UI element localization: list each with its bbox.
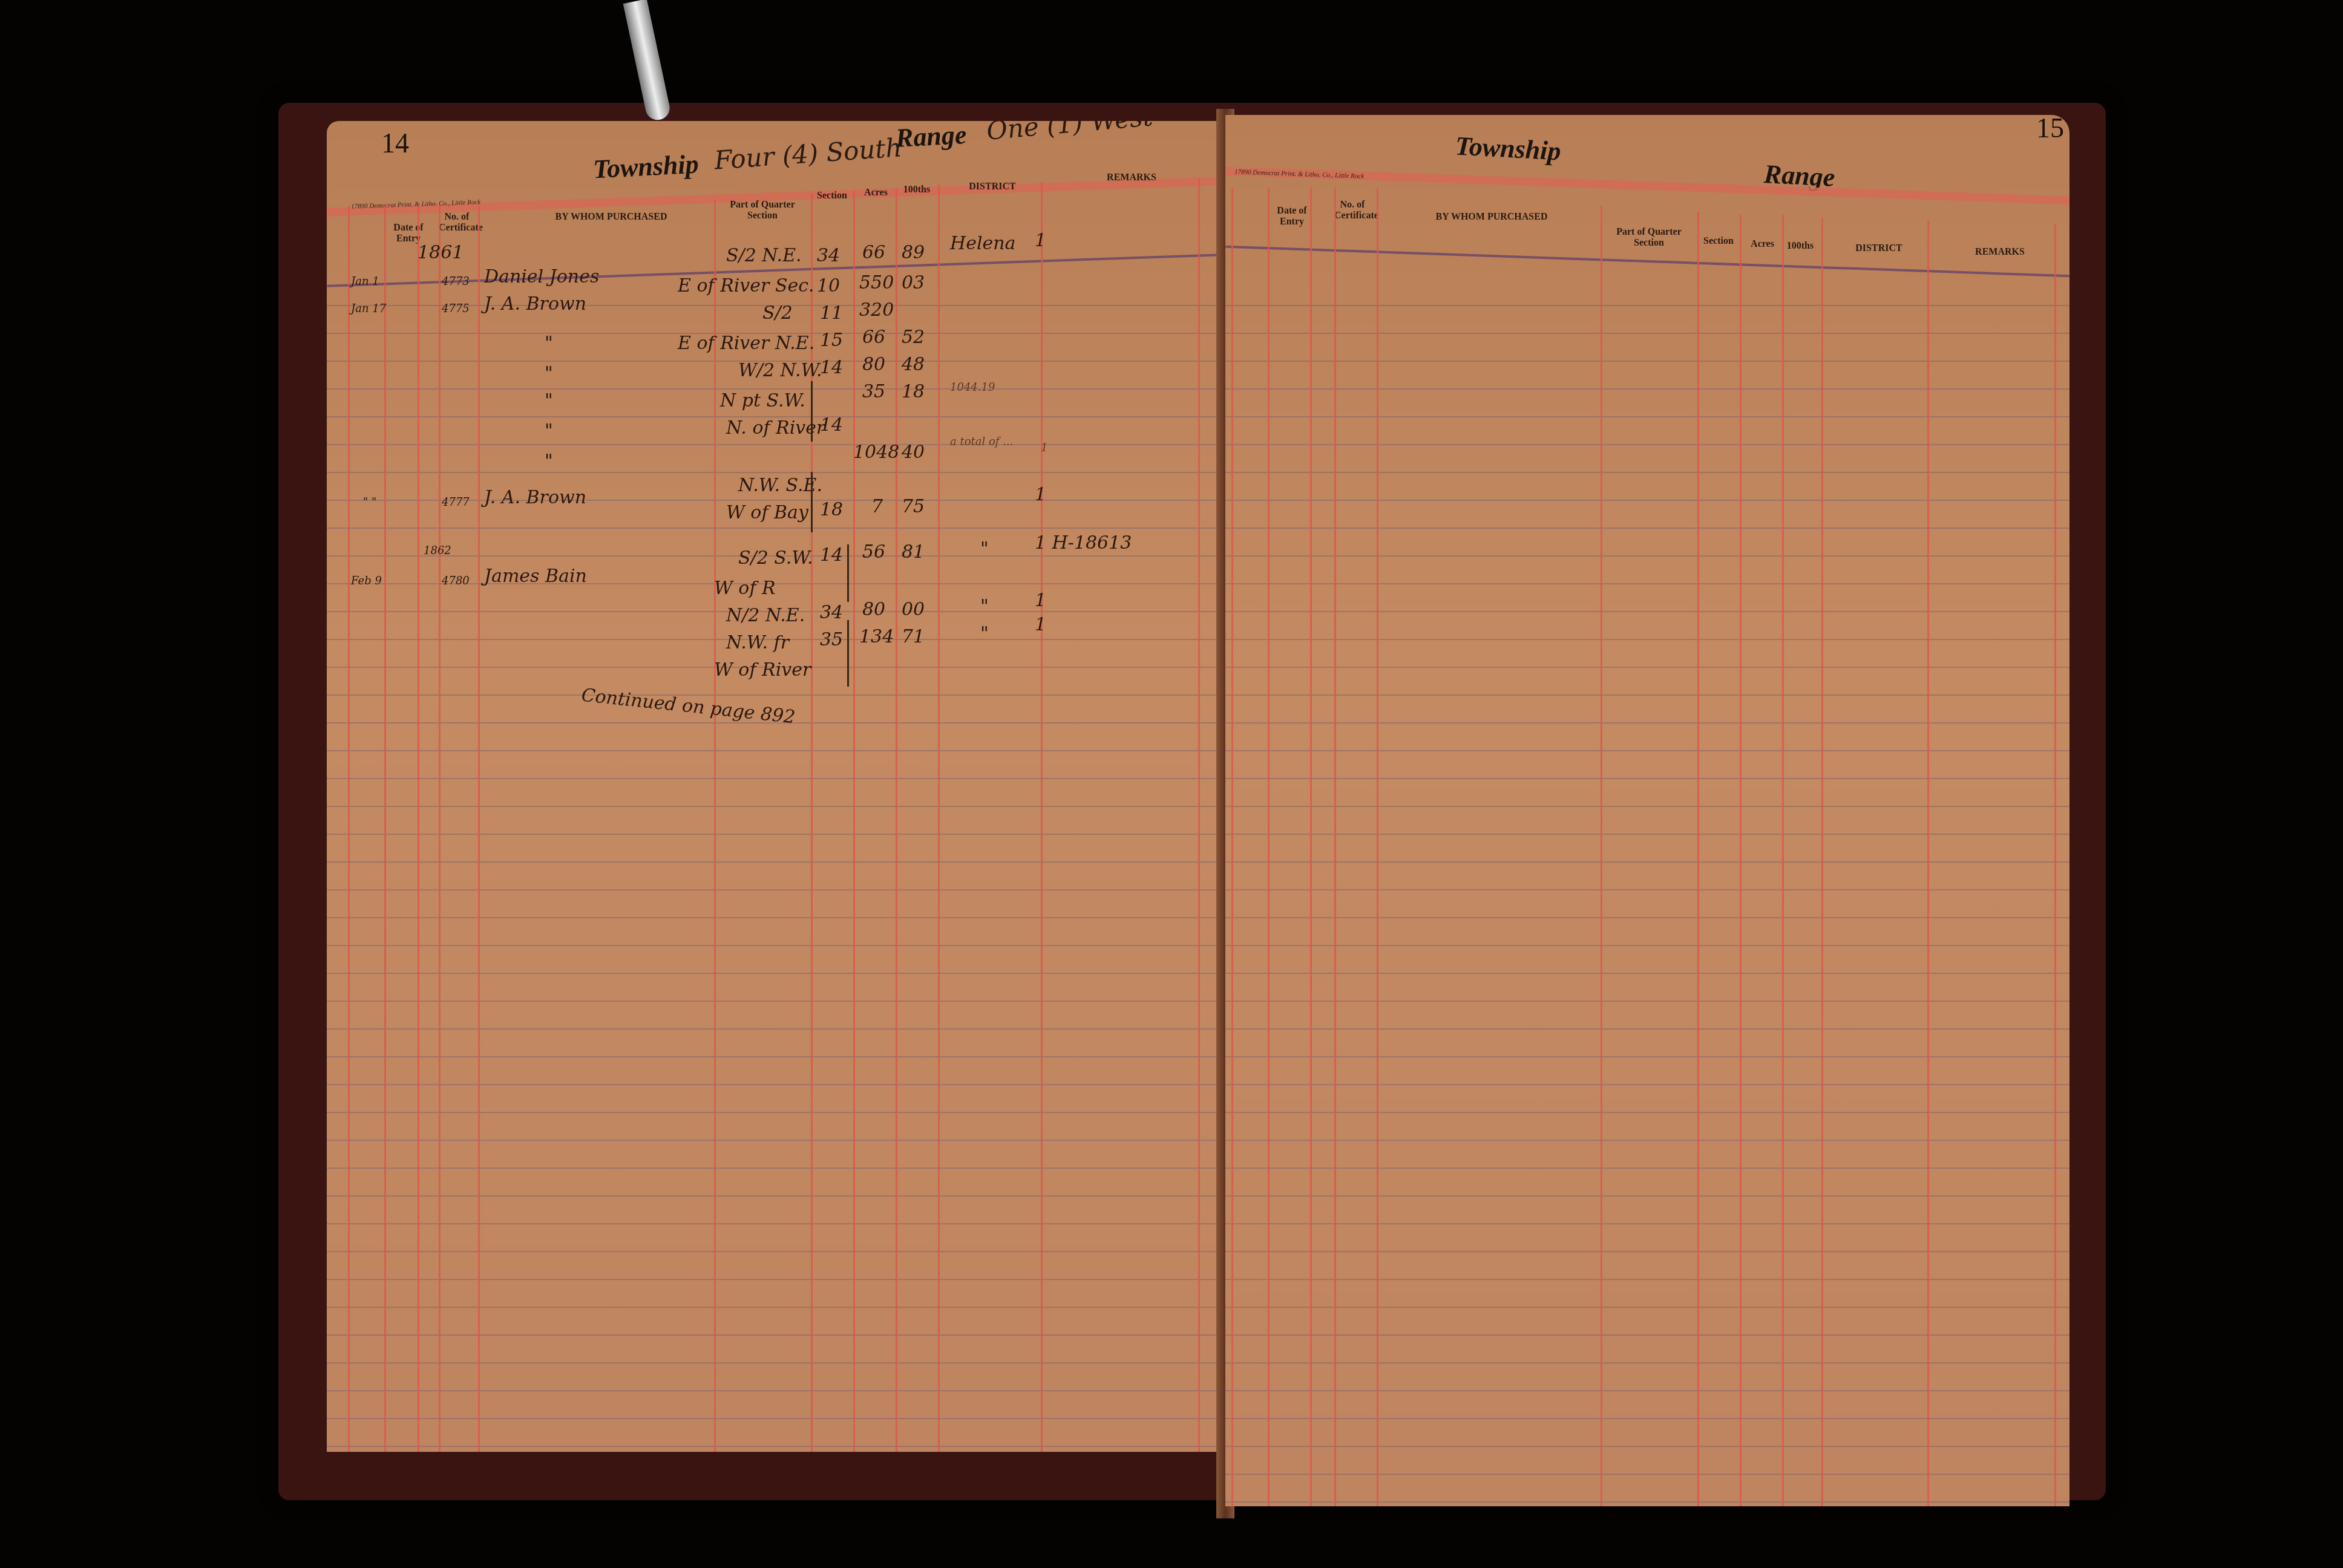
col-remarks: REMARKS bbox=[1939, 247, 2060, 258]
entry-remarks: 1 H-18613 bbox=[1035, 532, 1132, 554]
entry-remarks: 1 bbox=[1035, 590, 1046, 611]
col-section: Section bbox=[1697, 236, 1740, 247]
page-number: 15 bbox=[2036, 115, 2064, 144]
entry-ditto: " bbox=[545, 451, 553, 472]
column-rule bbox=[439, 206, 441, 1452]
entry-section: 14 bbox=[820, 414, 843, 436]
column-rule bbox=[1601, 206, 1602, 1506]
entry-hundredths: 03 bbox=[902, 272, 925, 293]
left-page: 14 Township Four (4) South Range One (1)… bbox=[327, 121, 1222, 1452]
entry-part: N.W. S.E. bbox=[738, 475, 822, 496]
entry-acres: 134 bbox=[859, 626, 894, 647]
col-certificate: No. of Certificate bbox=[439, 212, 475, 234]
entry-acres: 80 bbox=[862, 354, 885, 375]
col-acres: Acres bbox=[856, 188, 896, 198]
column-rule bbox=[348, 206, 350, 1452]
col-purchaser: BY WHOM PURCHASED bbox=[508, 212, 714, 223]
range-value: One (1) West bbox=[985, 121, 1154, 146]
column-rule bbox=[1041, 181, 1043, 1452]
entry-part: N pt S.W. bbox=[720, 390, 805, 411]
entry-section: 14 bbox=[820, 357, 843, 378]
entry-acres: 35 bbox=[862, 381, 885, 402]
col-remarks: REMARKS bbox=[1071, 172, 1192, 183]
entry-purchaser: J. A. Brown bbox=[484, 293, 586, 315]
right-page: 15 Township Range 17890 Democrat Print. … bbox=[1225, 115, 2069, 1506]
township-label: Township bbox=[1455, 130, 1562, 166]
entry-section: 10 bbox=[817, 275, 840, 296]
bracket bbox=[847, 544, 853, 602]
entry-purchaser: Daniel Jones bbox=[484, 266, 599, 287]
column-rule bbox=[938, 185, 940, 1452]
entry-part: N. of River bbox=[726, 417, 825, 439]
bracket bbox=[811, 472, 816, 532]
entry-section: 34 bbox=[820, 602, 843, 623]
entry-part: S/2 bbox=[762, 302, 793, 324]
entry-district: " bbox=[980, 538, 989, 560]
entry-part: N.W. fr bbox=[726, 632, 789, 653]
entry-hundredths: 89 bbox=[902, 242, 925, 263]
entry-remarks: 1 bbox=[1035, 230, 1046, 251]
entry-acres: 320 bbox=[859, 299, 894, 321]
entry-ditto: " bbox=[545, 390, 553, 411]
column-rule bbox=[853, 191, 855, 1452]
column-rule bbox=[1198, 178, 1200, 1452]
column-rule bbox=[1740, 215, 1742, 1506]
ruled-lines bbox=[327, 278, 1222, 1452]
column-rule bbox=[478, 206, 480, 1452]
entry-part: N/2 N.E. bbox=[726, 605, 805, 626]
entry-note: a total of ... bbox=[950, 436, 1013, 448]
col-date-of-entry: Date of Entry bbox=[387, 223, 430, 244]
column-rule bbox=[1821, 218, 1823, 1506]
bracket bbox=[847, 620, 853, 687]
column-rule bbox=[418, 206, 419, 1452]
col-date-of-entry: Date of Entry bbox=[1271, 206, 1313, 227]
entry-part: W/2 N.W. bbox=[738, 360, 822, 381]
entry-section: 18 bbox=[820, 499, 843, 520]
entry-district: " bbox=[980, 596, 989, 617]
entry-date: Jan 17 bbox=[351, 302, 386, 315]
entry-remarks: 1 bbox=[1041, 442, 1047, 454]
entry-year: 1861 bbox=[418, 242, 464, 263]
column-rule bbox=[384, 206, 386, 1452]
col-purchaser: BY WHOM PURCHASED bbox=[1383, 212, 1601, 223]
column-rule bbox=[2054, 224, 2056, 1506]
entry-ditto: " bbox=[545, 363, 553, 384]
entry-date: " " bbox=[363, 496, 376, 509]
col-hundredths: 100ths bbox=[1782, 241, 1818, 252]
entry-cert: 4773 bbox=[442, 275, 470, 288]
entry-remarks: 1 bbox=[1035, 614, 1046, 635]
entry-part: E of River Sec. bbox=[678, 275, 814, 296]
entry-cert: 4780 bbox=[442, 575, 470, 587]
column-rule bbox=[1377, 188, 1378, 1506]
entry-section: 34 bbox=[817, 245, 840, 266]
entry-purchaser: J. A. Brown bbox=[484, 487, 586, 508]
column-rule bbox=[714, 200, 716, 1452]
entry-part: W of Bay bbox=[726, 502, 808, 523]
entry-acres: 66 bbox=[862, 327, 885, 348]
entry-cert: 4777 bbox=[442, 496, 470, 509]
range-label: Range bbox=[895, 121, 968, 154]
entry-section: 11 bbox=[820, 302, 843, 324]
entry-part: W of R bbox=[714, 578, 776, 599]
entry-section: 14 bbox=[820, 544, 843, 566]
entry-part: S/2 S.W. bbox=[738, 547, 813, 569]
entry-hundredths: 81 bbox=[902, 541, 925, 563]
column-rule bbox=[1310, 188, 1312, 1506]
col-district: DISTRICT bbox=[1824, 243, 1933, 254]
entry-acres: 80 bbox=[862, 599, 885, 620]
entry-cert: 4775 bbox=[442, 302, 470, 315]
entry-hundredths: 71 bbox=[902, 626, 925, 647]
entry-acres: 550 bbox=[859, 272, 894, 293]
entry-acres: 1048 bbox=[853, 442, 899, 463]
entry-district: " bbox=[980, 623, 989, 644]
entry-part: S/2 N.E. bbox=[726, 245, 802, 266]
entry-remarks: 1 bbox=[1035, 484, 1046, 505]
entry-part: E of River N.E. bbox=[678, 333, 814, 354]
entry-hundredths: 00 bbox=[902, 599, 925, 620]
column-rule bbox=[1697, 212, 1699, 1506]
page-number: 14 bbox=[381, 127, 409, 159]
col-section: Section bbox=[811, 191, 853, 201]
entry-hundredths: 40 bbox=[902, 442, 925, 463]
col-hundredths: 100ths bbox=[899, 185, 935, 195]
entry-hundredths: 18 bbox=[902, 381, 925, 402]
entry-ditto: " bbox=[545, 333, 553, 354]
entry-hundredths: 75 bbox=[902, 496, 925, 517]
printer-imprint: 17890 Democrat Print. & Litho. Co., Litt… bbox=[1234, 168, 1364, 180]
entry-purchaser: James Bain bbox=[484, 566, 587, 587]
entry-acres: 56 bbox=[862, 541, 885, 563]
entry-year: 1862 bbox=[424, 544, 451, 557]
col-certificate: No. of Certificate bbox=[1334, 200, 1371, 221]
column-rule bbox=[1782, 215, 1784, 1506]
column-rule bbox=[1268, 188, 1270, 1506]
entry-note: 1044.19 bbox=[950, 381, 995, 394]
entry-date: Feb 9 bbox=[351, 575, 382, 587]
entry-hundredths: 52 bbox=[902, 327, 925, 348]
entry-section: 15 bbox=[820, 330, 843, 351]
col-acres: Acres bbox=[1743, 239, 1782, 250]
entry-acres: 66 bbox=[862, 242, 885, 263]
entry-part: W of River bbox=[714, 659, 811, 681]
col-part-quarter-section: Part of Quarter Section bbox=[714, 200, 811, 221]
column-rule bbox=[896, 188, 897, 1452]
entry-district: Helena bbox=[950, 233, 1015, 254]
column-rule bbox=[1334, 188, 1336, 1506]
col-part-quarter-section: Part of Quarter Section bbox=[1601, 227, 1697, 249]
col-district: DISTRICT bbox=[944, 181, 1041, 192]
entry-acres: 7 bbox=[871, 496, 883, 517]
township-label: Township bbox=[592, 148, 700, 185]
entry-hundredths: 48 bbox=[902, 354, 925, 375]
entry-section: 35 bbox=[820, 629, 843, 650]
entry-date: Jan 1 bbox=[351, 275, 379, 288]
township-value: Four (4) South bbox=[713, 132, 903, 175]
column-rule bbox=[1927, 221, 1929, 1506]
ruled-lines bbox=[1225, 278, 2069, 1506]
column-rule bbox=[1231, 188, 1233, 1506]
entry-ditto: " bbox=[545, 420, 553, 442]
